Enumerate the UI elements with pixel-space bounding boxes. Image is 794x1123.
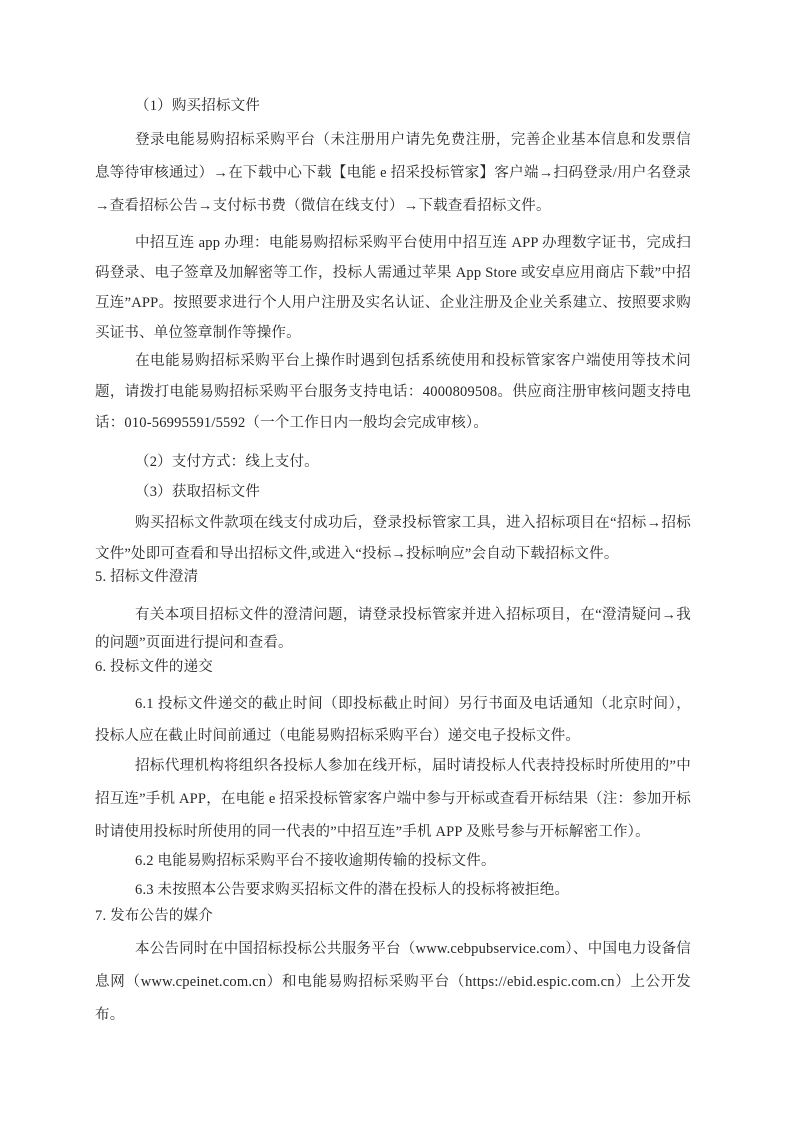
paragraph-6-2-late-submission: 6.2 电能易购招标采购平台不接收逾期传输的投标文件。 [95, 851, 691, 871]
section-5-clarification-heading: 5. 招标文件澄清 [95, 567, 691, 587]
paragraph-6-3-rejection: 6.3 未按照本公告要求购买招标文件的潜在投标人的投标将被拒绝。 [95, 880, 691, 900]
paragraph-6-1-deadline: 6.1 投标文件递交的截止时间（即投标截止时间）另行书面及电话通知（北京时间），… [95, 688, 691, 752]
section-7-media-heading: 7. 发布公告的媒介 [95, 906, 691, 926]
paragraph-zhongzhao-hulian-app: 中招互连 app 办理：电能易购招标采购平台使用中招互连 APP 办理数字证书，… [95, 228, 691, 348]
paragraph-payment-method: （2）支付方式：线上支付。 [95, 452, 691, 472]
paragraph-obtain-bid-documents: 购买招标文件款项在线支付成功后，登录投标管家工具，进入招标项目在“招标→招标文件… [95, 508, 691, 570]
paragraph-platform-login-steps: 登录电能易购招标采购平台（未注册用户请先免费注册，完善企业基本信息和发票信息等待… [95, 124, 691, 223]
paragraph-buy-bid-documents-heading: （1）购买招标文件 [95, 96, 691, 116]
paragraph-online-bid-opening: 招标代理机构将组织各投标人参加在线开标，届时请投标人代表持投标时所使用的”中招互… [95, 750, 691, 849]
paragraph-support-phone: 在电能易购招标采购平台上操作时遇到包括系统使用和投标管家客户端使用等技术问题，请… [95, 346, 691, 439]
paragraph-clarification: 有关本项目招标文件的澄清问题，请登录投标管家并进入招标项目，在“澄清疑问→我的问… [95, 601, 691, 657]
section-6-submission-heading: 6. 投标文件的递交 [95, 657, 691, 677]
document-page: （1）购买招标文件 登录电能易购招标采购平台（未注册用户请先免费注册，完善企业基… [0, 0, 794, 1123]
paragraph-obtain-bid-documents-heading: （3）获取招标文件 [95, 482, 691, 502]
paragraph-announcement-media: 本公告同时在中国招标投标公共服务平台（www.cebpubservice.com… [95, 933, 691, 1032]
